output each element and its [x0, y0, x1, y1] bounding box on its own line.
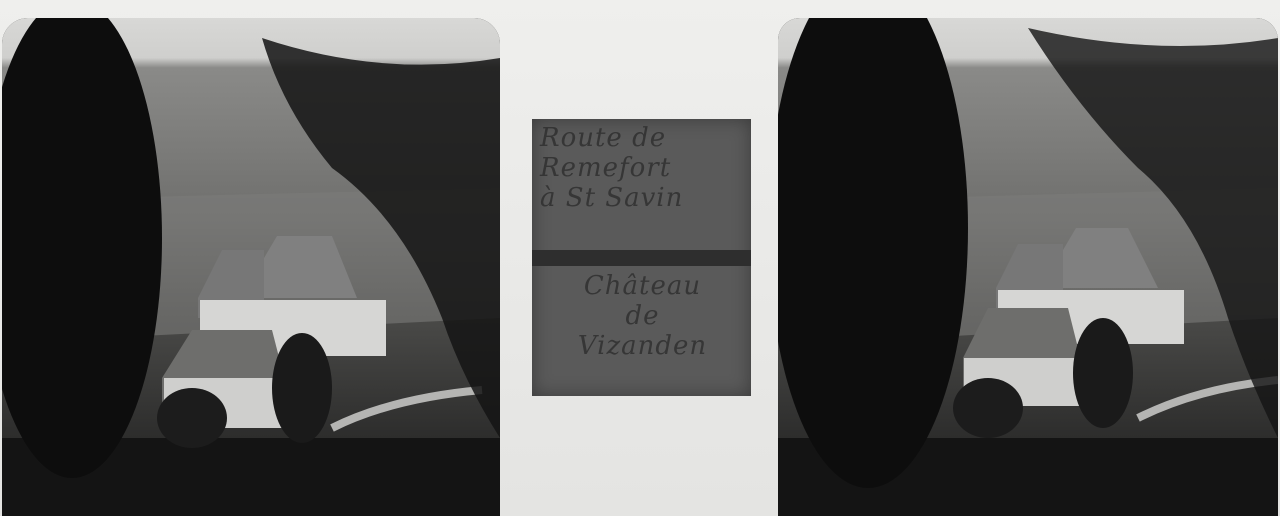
stereo-view-left	[2, 18, 500, 516]
glass-plate: Route de Remefort à St Savin Château de …	[0, 0, 1280, 516]
landscape-photo-left	[2, 18, 500, 516]
landscape-photo-right	[778, 18, 1278, 516]
label-line: Vizanden	[540, 331, 745, 361]
label-line: à St Savin	[540, 183, 745, 213]
label-line: de	[540, 301, 745, 331]
stereo-view-right	[778, 18, 1278, 516]
label-divider-band	[532, 250, 751, 266]
handwritten-label: Route de Remefort à St Savin Château de …	[532, 119, 751, 396]
label-line: Route de	[540, 123, 745, 153]
label-subject-text: Château de Vizanden	[540, 271, 745, 361]
label-line: Remefort	[540, 153, 745, 183]
label-line: Château	[540, 271, 745, 301]
label-location-text: Route de Remefort à St Savin	[540, 123, 745, 213]
